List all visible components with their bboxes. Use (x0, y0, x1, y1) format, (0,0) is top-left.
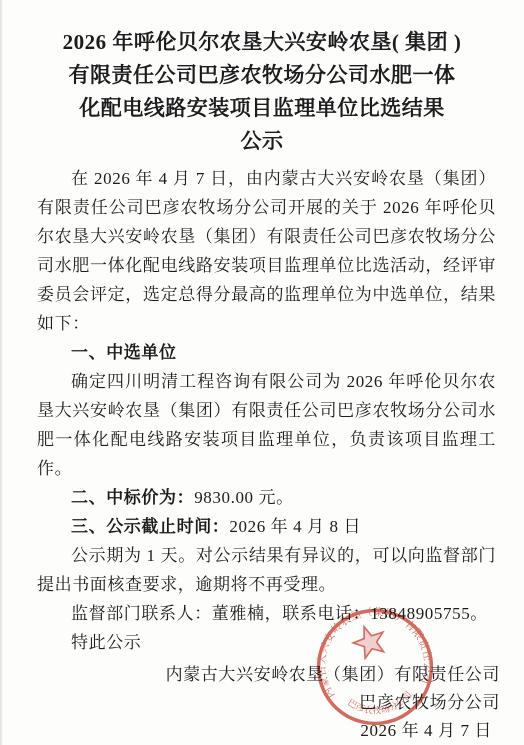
deadline-value: 2026 年 4 月 8 日 (229, 517, 361, 536)
contact-paragraph: 监督部门联系人：董雅楠，联系电话：13848905755。 (37, 599, 496, 628)
signature-org-line2: 巴彦农牧场分公司 (37, 689, 500, 717)
document-body: 在 2026 年 4 月 7 日，由内蒙古大兴安岭农垦（集团）有限责任公司巴彦农… (37, 164, 496, 657)
title-line: 化配电线路安装项目监理单位比选结果 (20, 92, 504, 125)
title-line: 2026 年呼伦贝尔农垦大兴安岭农垦( 集团 ) (20, 26, 504, 59)
closing-line: 特此公示 (37, 628, 496, 657)
winner-paragraph: 确定四川明清工程咨询有限公司为 2026 年呼伦贝尔农垦大兴安岭农垦（集团）有限… (37, 367, 496, 483)
bid-price-line: 二、中标价为：9830.00 元。 (37, 483, 496, 512)
objection-paragraph: 公示期为 1 天。对公示结果有异议的，可以向监督部门提出书面核查要求，逾期将不再… (37, 541, 496, 599)
section-heading-winner: 一、中选单位 (37, 338, 496, 367)
signature-block: 内蒙古大兴安岭农垦（集团）有限责任公司 巴彦农牧场分公司 2026 年 4 月 … (37, 661, 500, 745)
title-line: 有限责任公司巴彦农牧场分公司水肥一体 (20, 59, 504, 92)
signature-org-line1: 内蒙古大兴安岭农垦（集团）有限责任公司 (37, 661, 500, 689)
scan-edge-artifact (0, 0, 3, 745)
document-title: 2026 年呼伦贝尔农垦大兴安岭农垦( 集团 ) 有限责任公司巴彦农牧场分公司水… (20, 26, 504, 158)
deadline-label: 三、公示截止时间： (71, 517, 229, 536)
intro-paragraph: 在 2026 年 4 月 7 日，由内蒙古大兴安岭农垦（集团）有限责任公司巴彦农… (37, 164, 496, 338)
deadline-line: 三、公示截止时间：2026 年 4 月 8 日 (37, 512, 496, 541)
signature-date: 2026 年 4 月 7 日 (37, 717, 500, 745)
bid-price-value: 9830.00 元。 (194, 488, 294, 507)
title-line: 公示 (20, 125, 504, 158)
bid-price-label: 二、中标价为： (71, 488, 194, 507)
announcement-page: 2026 年呼伦贝尔农垦大兴安岭农垦( 集团 ) 有限责任公司巴彦农牧场分公司水… (0, 0, 524, 745)
